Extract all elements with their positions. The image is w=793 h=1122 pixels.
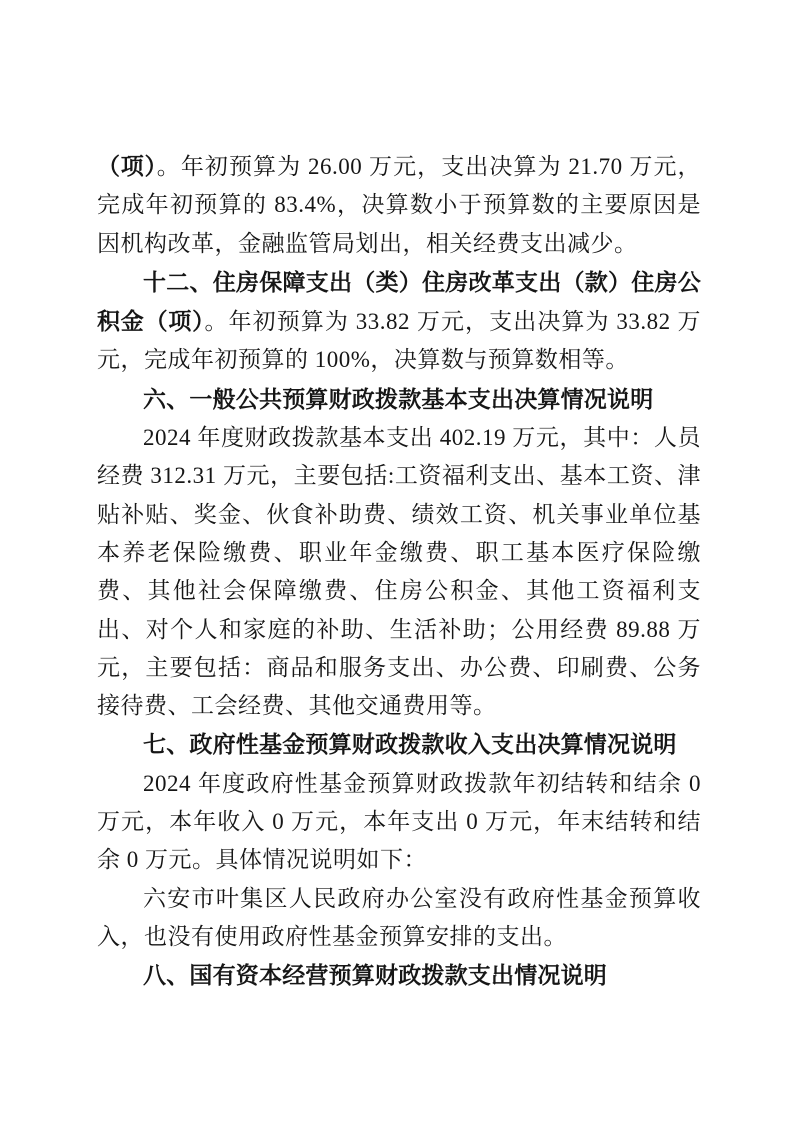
- bold-text-segment: （项）: [97, 153, 157, 179]
- document-page: （项）。年初预算为 26.00 万元，支出决算为 21.70 万元，完成年初预算…: [0, 0, 793, 1122]
- paragraph: 2024 年度财政拨款基本支出 402.19 万元，其中：人员经费 312.31…: [97, 419, 701, 725]
- paragraph: （项）。年初预算为 26.00 万元，支出决算为 21.70 万元，完成年初预算…: [97, 147, 701, 263]
- section-heading: 六、一般公共预算财政拨款基本支出决算情况说明: [97, 380, 701, 419]
- paragraph: 2024 年度政府性基金预算财政拨款年初结转和结余 0 万元，本年收入 0 万元…: [97, 765, 701, 880]
- text-segment: 2024 年度财政拨款基本支出 402.19 万元，其中：人员经费 312.31…: [97, 425, 701, 718]
- section-heading: 七、政府性基金预算财政拨款收入支出决算情况说明: [97, 725, 701, 764]
- bold-text-segment: 六、一般公共预算财政拨款基本支出决算情况说明: [143, 386, 653, 412]
- bold-text-segment: 七、政府性基金预算财政拨款收入支出决算情况说明: [143, 731, 677, 757]
- text-segment: 。年初预算为 26.00 万元，支出决算为 21.70 万元，完成年初预算的 8…: [97, 154, 701, 256]
- document-body: （项）。年初预算为 26.00 万元，支出决算为 21.70 万元，完成年初预算…: [97, 147, 701, 996]
- text-segment: 2024 年度政府性基金预算财政拨款年初结转和结余 0 万元，本年收入 0 万元…: [97, 771, 701, 873]
- paragraph: 六安市叶集区人民政府办公室没有政府性基金预算收入，也没有使用政府性基金预算安排的…: [97, 880, 701, 957]
- bold-text-segment: 八、国有资本经营预算财政拨款支出情况说明: [143, 962, 607, 988]
- text-segment: 六安市叶集区人民政府办公室没有政府性基金预算收入，也没有使用政府性基金预算安排的…: [97, 886, 701, 949]
- paragraph: 十二、住房保障支出（类）住房改革支出（款）住房公积金（项）。年初预算为 33.8…: [97, 263, 701, 380]
- section-heading: 八、国有资本经营预算财政拨款支出情况说明: [97, 956, 701, 995]
